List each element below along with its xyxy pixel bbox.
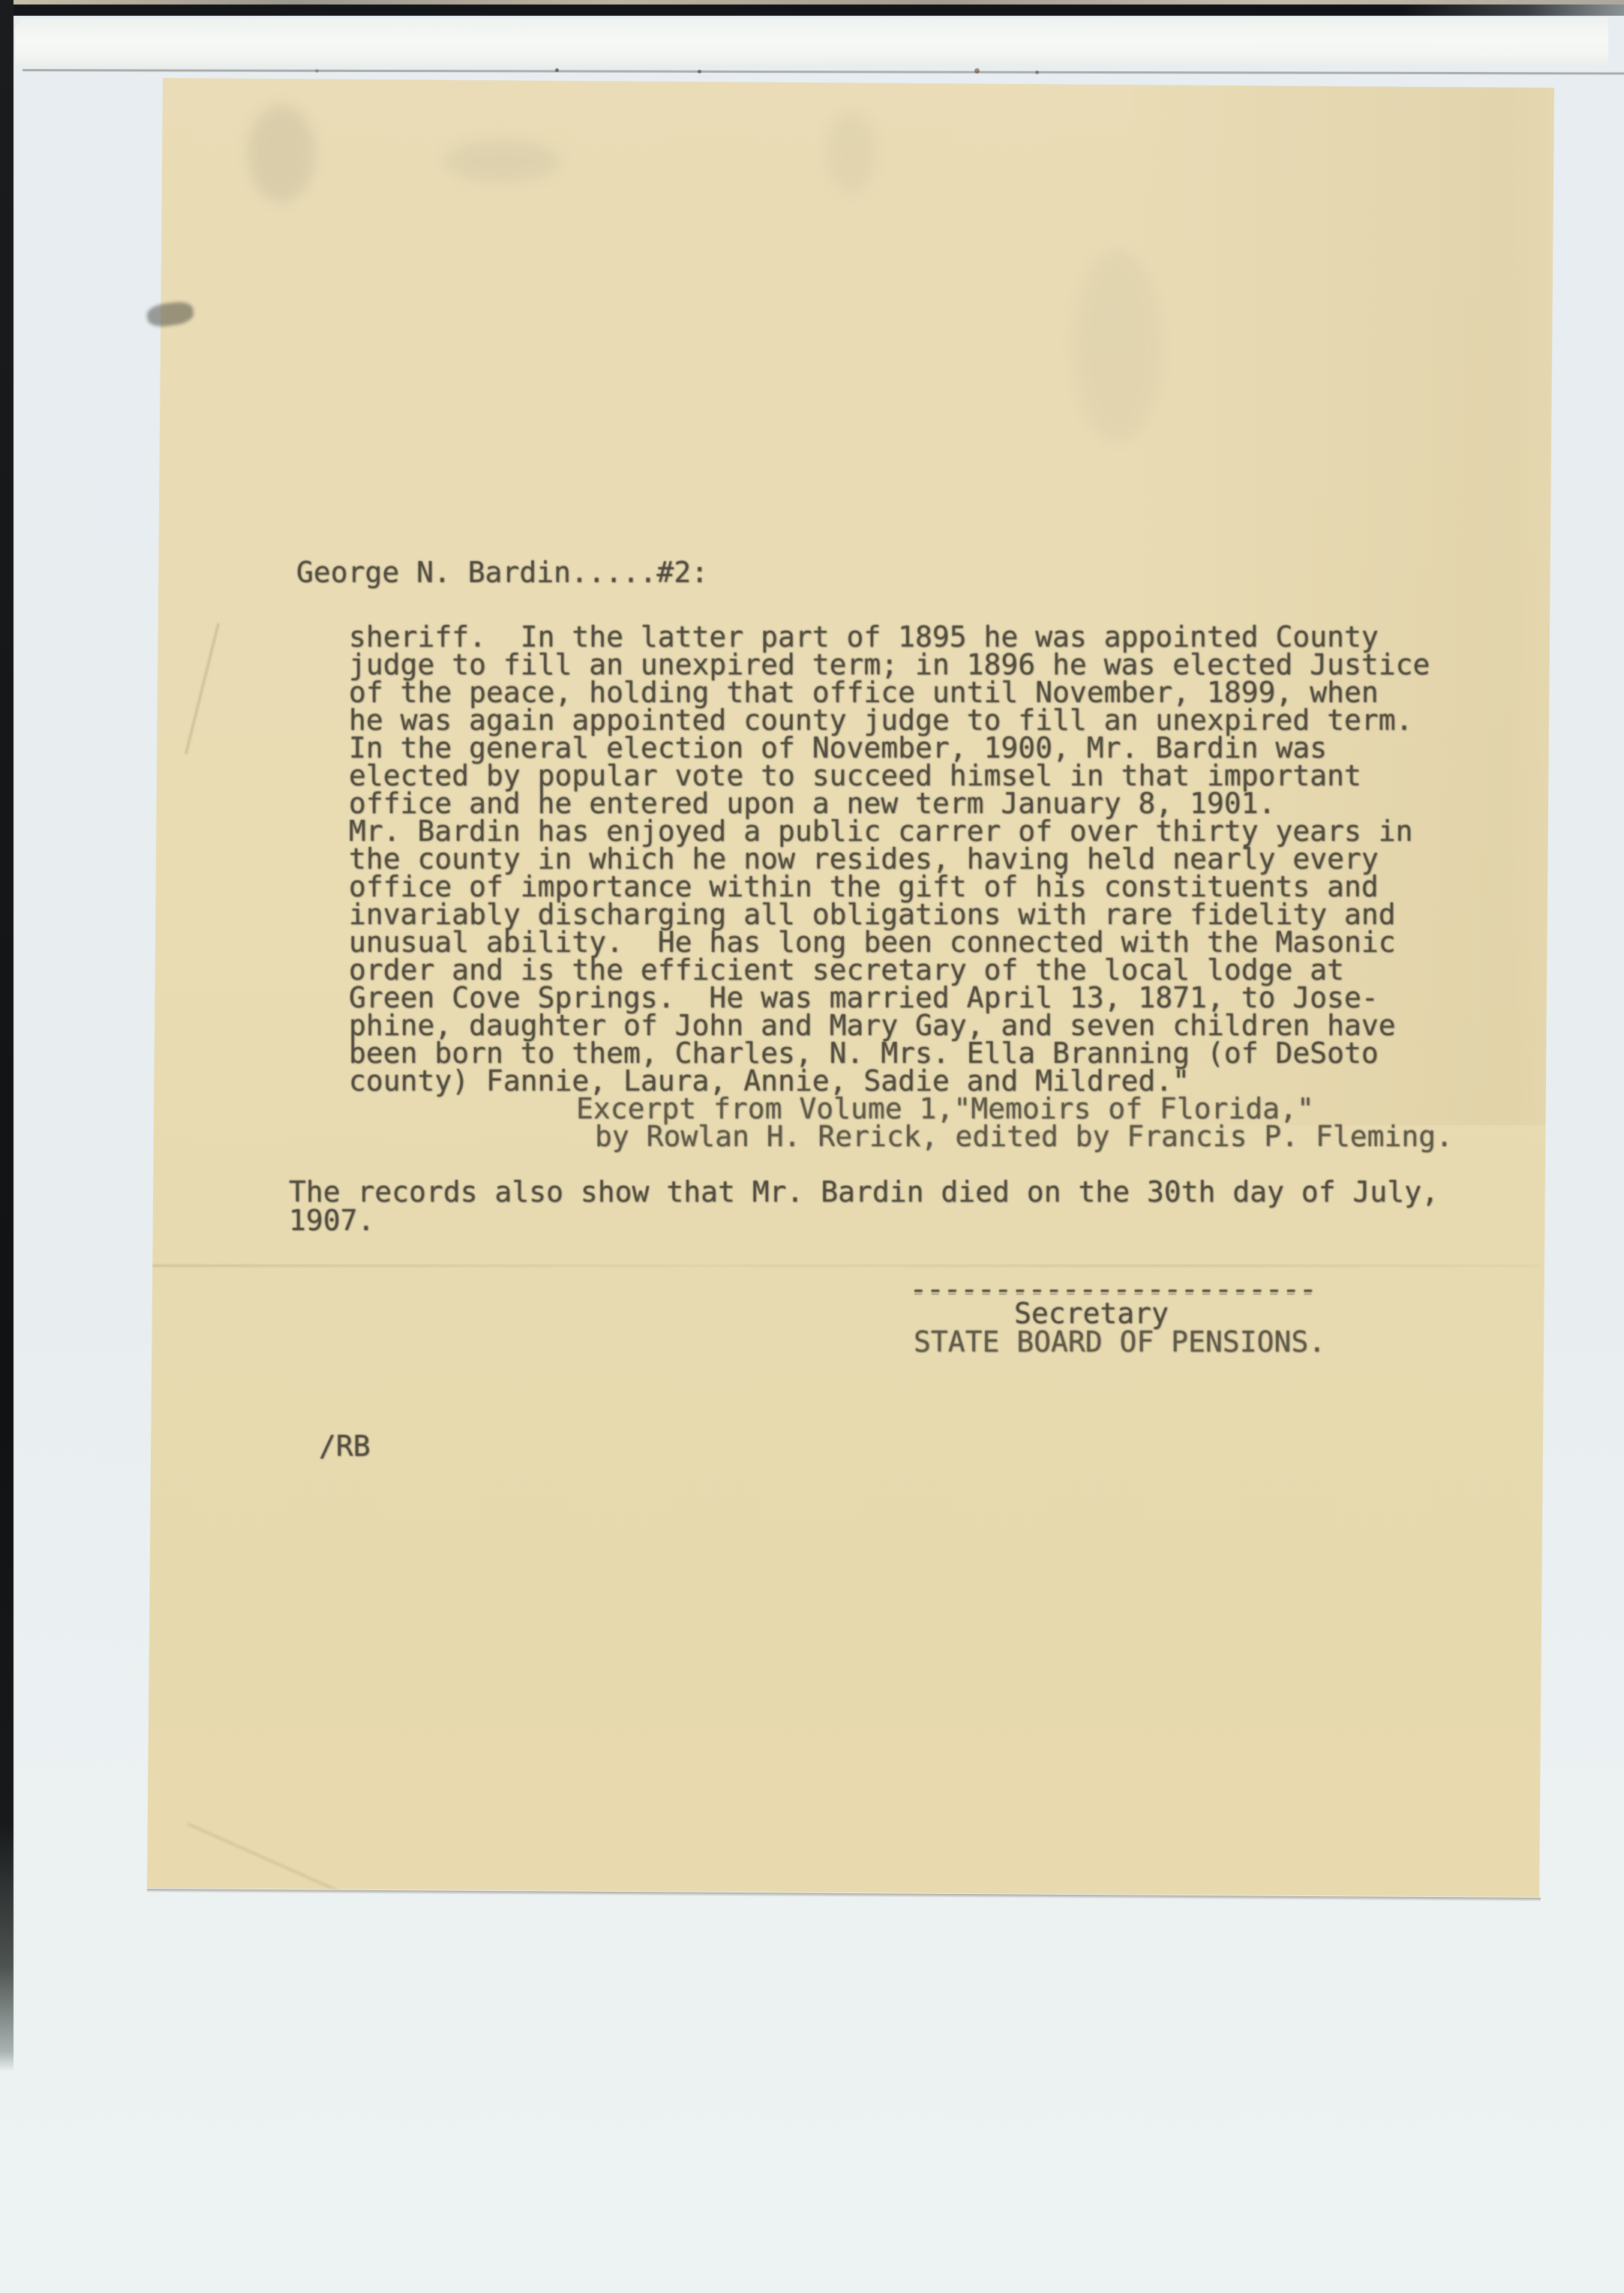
paper-crease: [185, 623, 219, 754]
page-header: George N. Bardin.....#2:: [296, 559, 708, 587]
ink-smudge: [248, 105, 315, 203]
ink-smudge: [443, 139, 563, 184]
closing-paragraph: The records also show that Mr. Bardin di…: [289, 1178, 1439, 1235]
typist-initials: /RB: [319, 1433, 371, 1460]
sleeve-dust-specks: [555, 68, 559, 72]
scanner-left-edge-bar: [0, 0, 14, 2072]
text-line: he was again appointed county judge to f…: [349, 707, 1430, 734]
signature-rule: ------------------------: [909, 1277, 1340, 1295]
text-line: office of importance within the gift of …: [349, 873, 1430, 901]
letter-paper: George N. Bardin.....#2: sheriff. In the…: [0, 0, 1624, 2293]
paper-crease: [187, 1823, 393, 1916]
ink-smudge: [825, 113, 878, 195]
text-line: by Rowlan H. Rerick, edited by Francis P…: [595, 1123, 1453, 1151]
text-line: been born to them, Charles, N. Mrs. Ella…: [349, 1040, 1430, 1067]
text-line: The records also show that Mr. Bardin di…: [289, 1178, 1439, 1206]
text-line: Green Cove Springs. He was married April…: [349, 984, 1430, 1012]
text-line: sheriff. In the latter part of 1895 he w…: [349, 623, 1430, 651]
text-line: 1907.: [289, 1206, 1439, 1235]
text-line: county) Fannie, Laura, Annie, Sadie and …: [349, 1067, 1430, 1095]
ink-smudge: [1073, 248, 1163, 443]
text-line: order and is the efficient secretary of …: [349, 956, 1430, 984]
sleeve-edge-line: [23, 69, 1624, 74]
text-line: phine, daughter of John and Mary Gay, an…: [349, 1012, 1430, 1040]
text-line: invariably discharging all obligations w…: [349, 901, 1430, 929]
signature-organization: STATE BOARD OF PENSIONS.: [914, 1328, 1325, 1356]
scanner-top-edge-bar: [11, 5, 1624, 16]
text-line: unusual ability. He has long been connec…: [349, 929, 1430, 956]
text-line: the county in which he now resides, havi…: [349, 845, 1430, 873]
text-line: elected by popular vote to succeed himse…: [349, 762, 1430, 790]
signature-title: Secretary: [1014, 1300, 1169, 1328]
text-line: judge to fill an unexpired term; in 1896…: [349, 651, 1430, 679]
text-line: Mr. Bardin has enjoyed a public carrer o…: [349, 818, 1430, 845]
fold-crease: [150, 1265, 1539, 1267]
quoted-biography-paragraph: sheriff. In the latter part of 1895 he w…: [349, 623, 1430, 1095]
text-line: Excerpt from Volume 1,"Memoirs of Florid…: [576, 1095, 1453, 1123]
text-line: office and he entered upon a new term Ja…: [349, 790, 1430, 818]
text-line: of the peace, holding that office until …: [349, 679, 1430, 707]
excerpt-attribution: Excerpt from Volume 1,"Memoirs of Florid…: [349, 1095, 1453, 1151]
scan-viewport: George N. Bardin.....#2: sheriff. In the…: [0, 0, 1624, 2293]
sleeve-top-band: [15, 17, 1608, 67]
text-line: In the general election of November, 190…: [349, 734, 1430, 762]
